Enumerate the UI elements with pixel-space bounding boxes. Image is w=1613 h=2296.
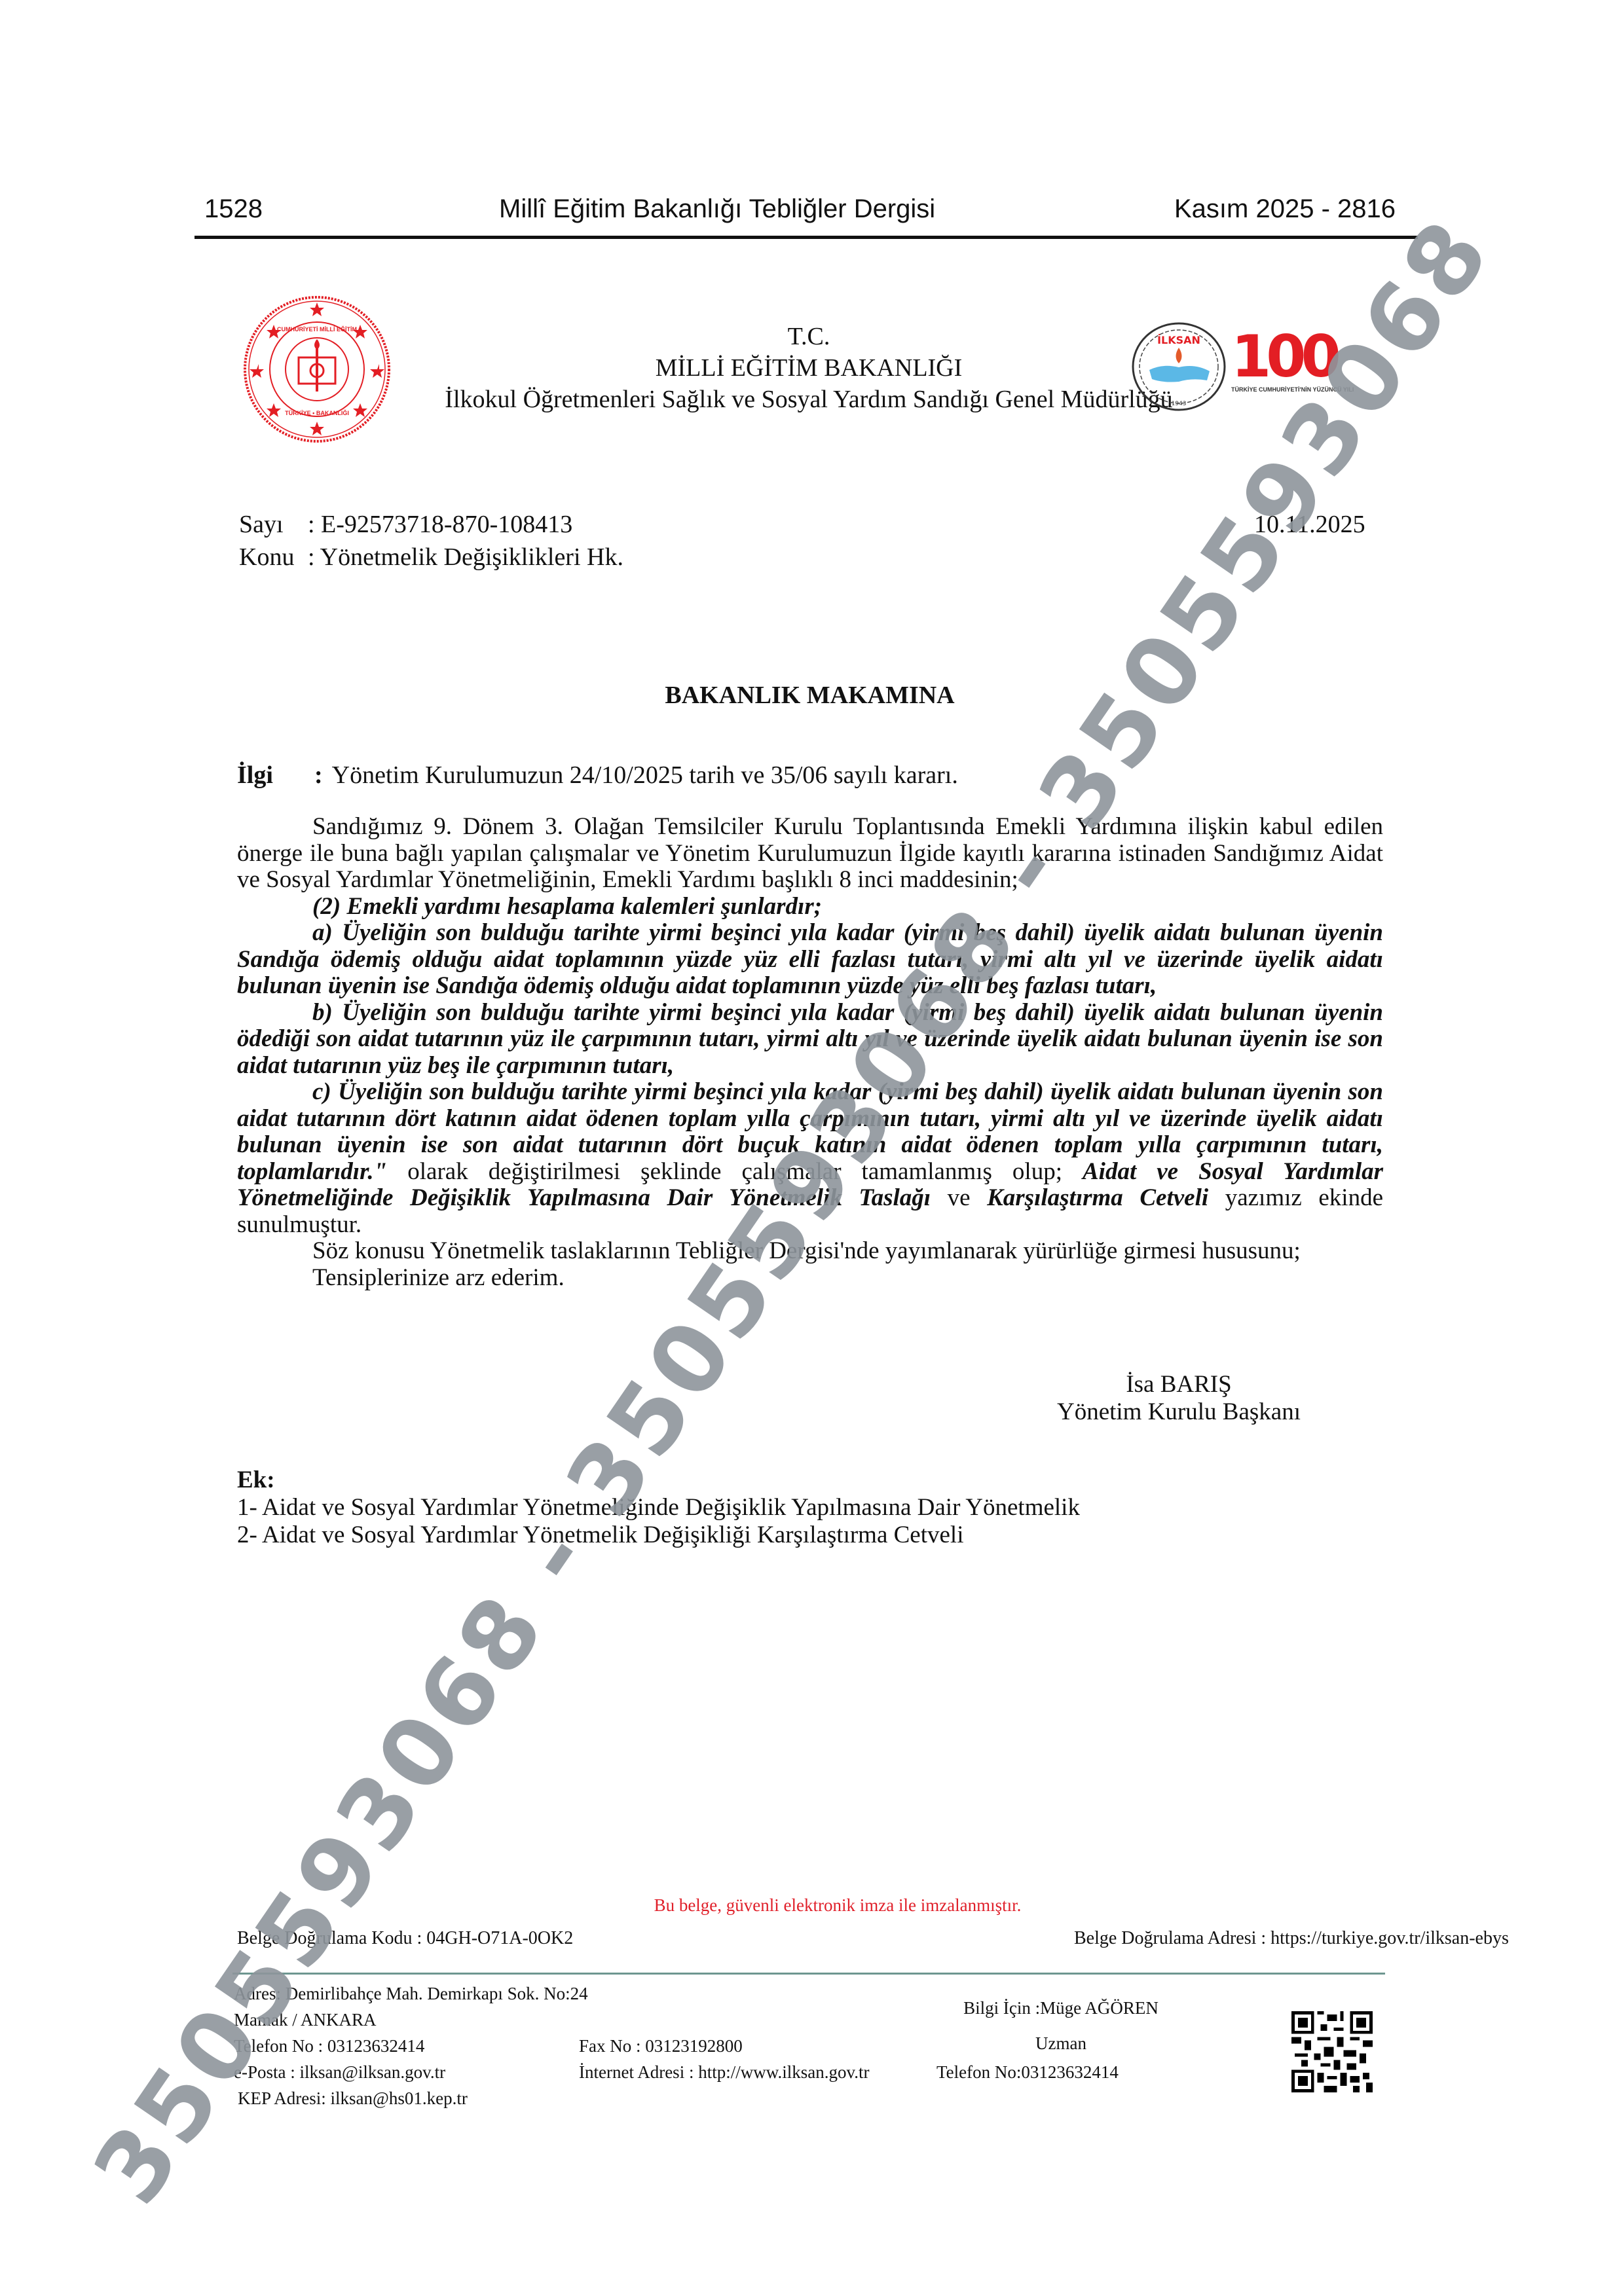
svg-text:CUMHURİYETİ MİLLİ EĞİTİM: CUMHURİYETİ MİLLİ EĞİTİM xyxy=(277,325,357,333)
journal-title: Millî Eğitim Bakanlığı Tebliğler Dergisi xyxy=(499,194,935,224)
attachment-ref-2: Karşılaştırma Cetveli xyxy=(987,1184,1208,1211)
verification-code: Belge Doğrulama Kodu : 04GH-O71A-0OK2 xyxy=(237,1928,573,1949)
svg-text:1943: 1943 xyxy=(1172,401,1187,407)
info-title: Uzman xyxy=(930,2026,1192,2061)
attachments: Ek: 1- Aidat ve Sosyal Yardımlar Yönetme… xyxy=(237,1467,1080,1549)
footer-web[interactable]: İnternet Adresi : http://www.ilksan.gov.… xyxy=(579,2059,869,2085)
clause-a: a) Üyeliğin son bulduğu tarihte yirmi be… xyxy=(237,920,1383,1000)
letterhead-tc: T.C. xyxy=(367,321,1251,352)
footer-contact-mid: Fax No : 03123192800 İnternet Adresi : h… xyxy=(579,2033,869,2085)
ilksan-logo-icon: İLKSAN 1943 xyxy=(1130,318,1228,416)
attachments-label: Ek: xyxy=(237,1467,1080,1494)
sayi-row: Sayı: E-92573718-870-108413 xyxy=(239,508,572,541)
signatory-name: İsa BARIŞ xyxy=(1002,1371,1356,1398)
letterhead: T.C. MİLLİ EĞİTİM BAKANLIĞI İlkokul Öğre… xyxy=(367,321,1251,415)
clause-b: b) Üyeliğin son bulduğu tarihte yirmi be… xyxy=(237,1000,1383,1080)
info-contact: Bilgi İçin :Müge AĞÖREN xyxy=(930,1990,1192,2026)
clause-c-continuation: olarak değiştirilmesi şeklinde çalışmala… xyxy=(387,1158,1083,1185)
clause-c-paragraph: c) Üyeliğin son bulduğu tarihte yirmi be… xyxy=(237,1079,1383,1238)
document-date: 10.11.2025 xyxy=(1254,508,1365,541)
footer-address-1: Adres: Demirlibahçe Mah. Demirkapı Sok. … xyxy=(234,1980,588,2007)
page-number: 1528 xyxy=(204,194,263,224)
letterhead-ministry: MİLLİ EĞİTİM BAKANLIĞI xyxy=(367,352,1251,384)
sayi-label: Sayı xyxy=(239,508,308,541)
ilgi-label: İlgi xyxy=(237,761,314,790)
clause-heading: (2) Emekli yardımı hesaplama kalemleri ş… xyxy=(237,894,1383,920)
footer-address-2: Mamak / ANKARA xyxy=(234,2007,588,2033)
turkiye-100-yil-logo-icon: 100 TÜRKİYE CUMHURİYETİ'NİN YÜZÜNCÜ YILI xyxy=(1231,327,1349,399)
issue-label: Kasım 2025 - 2816 xyxy=(1174,194,1396,224)
svg-text:İLKSAN: İLKSAN xyxy=(1157,334,1200,346)
footer-phone: Telefon No : 03123632414 xyxy=(234,2033,588,2059)
letterhead-directorate: İlkokul Öğretmenleri Sağlık ve Sosyal Ya… xyxy=(367,384,1251,415)
ilgi-row: İlgi:Yönetim Kurulumuzun 24/10/2025 tari… xyxy=(237,761,958,790)
konu-row: Konu: Yönetmelik Değişiklikleri Hk. xyxy=(239,541,623,574)
attachment-item: 1- Aidat ve Sosyal Yardımlar Yönetmeliği… xyxy=(237,1494,1080,1522)
footer-email[interactable]: e-Posta : ilksan@ilksan.gov.tr xyxy=(234,2059,588,2085)
info-phone: Telefon No:03123632414 xyxy=(936,2059,1119,2085)
verification-address[interactable]: Belge Doğrulama Adresi : https://turkiye… xyxy=(1074,1928,1509,1949)
conjunction: ve xyxy=(931,1184,987,1211)
footer-separator xyxy=(232,1973,1385,1975)
closing-line-1: Söz konusu Yönetmelik taslaklarının Tebl… xyxy=(237,1238,1383,1265)
closing-line-2: Tensiplerinize arz ederim. xyxy=(237,1265,1383,1292)
letter-body: Sandığımız 9. Dönem 3. Olağan Temsilcile… xyxy=(237,814,1383,1291)
svg-text:TÜRKİYE • BAKANLIĞI: TÜRKİYE • BAKANLIĞI xyxy=(285,409,349,416)
signature-block: İsa BARIŞ Yönetim Kurulu Başkanı xyxy=(1002,1371,1356,1426)
qr-code-icon xyxy=(1291,2011,1373,2092)
body-intro: Sandığımız 9. Dönem 3. Olağan Temsilcile… xyxy=(237,814,1383,894)
attachment-item: 2- Aidat ve Sosyal Yardımlar Yönetmelik … xyxy=(237,1522,1080,1549)
footer-fax: Fax No : 03123192800 xyxy=(579,2033,869,2059)
footer-info: Bilgi İçin :Müge AĞÖREN Uzman xyxy=(930,1990,1192,2061)
konu-value: : Yönetmelik Değişiklikleri Hk. xyxy=(308,543,623,571)
ilgi-colon: : xyxy=(314,761,323,789)
sayi-value: : E-92573718-870-108413 xyxy=(308,511,572,538)
konu-label: Konu xyxy=(239,541,308,574)
signatory-title: Yönetim Kurulu Başkanı xyxy=(1002,1398,1356,1426)
ilgi-text: Yönetim Kurulumuzun 24/10/2025 tarih ve … xyxy=(332,761,958,789)
addressee: BAKANLIK MAKAMINA xyxy=(0,681,1613,710)
esign-notice: Bu belge, güvenli elektronik imza ile im… xyxy=(0,1895,1613,1916)
footer-contact: Adres: Demirlibahçe Mah. Demirkapı Sok. … xyxy=(234,1980,588,2111)
header-rule xyxy=(195,236,1418,239)
footer-kep[interactable]: KEP Adresi: ilksan@hs01.kep.tr xyxy=(234,2085,588,2111)
